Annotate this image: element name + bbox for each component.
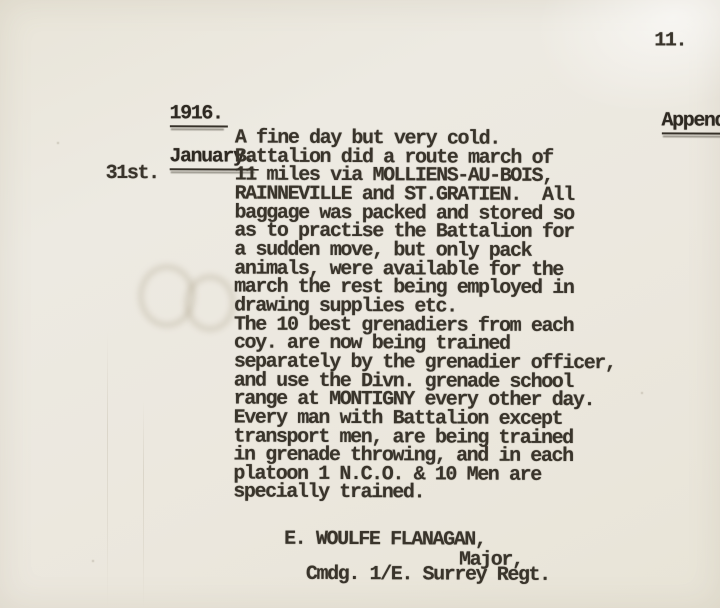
typed-content: 11. 1916. Appendix. January. 31st. A fin… — [0, 0, 720, 608]
page-number: 11. — [654, 32, 686, 51]
signature-command: Cmdg. 1/E. Surrey Regt. — [306, 566, 550, 586]
year-heading-text: 1916. — [170, 105, 228, 128]
diary-line: specially trained. — [233, 484, 615, 504]
scanned-document-page: 11. 1916. Appendix. January. 31st. A fin… — [0, 0, 720, 608]
diary-entry-text: A fine day but very cold.Battalion did a… — [233, 130, 616, 505]
appendix-label-text: Appendix. — [661, 112, 720, 135]
signature-name: E. WOULFE FLANAGAN, — [284, 531, 486, 551]
entry-day-label: 31st. — [106, 165, 159, 184]
